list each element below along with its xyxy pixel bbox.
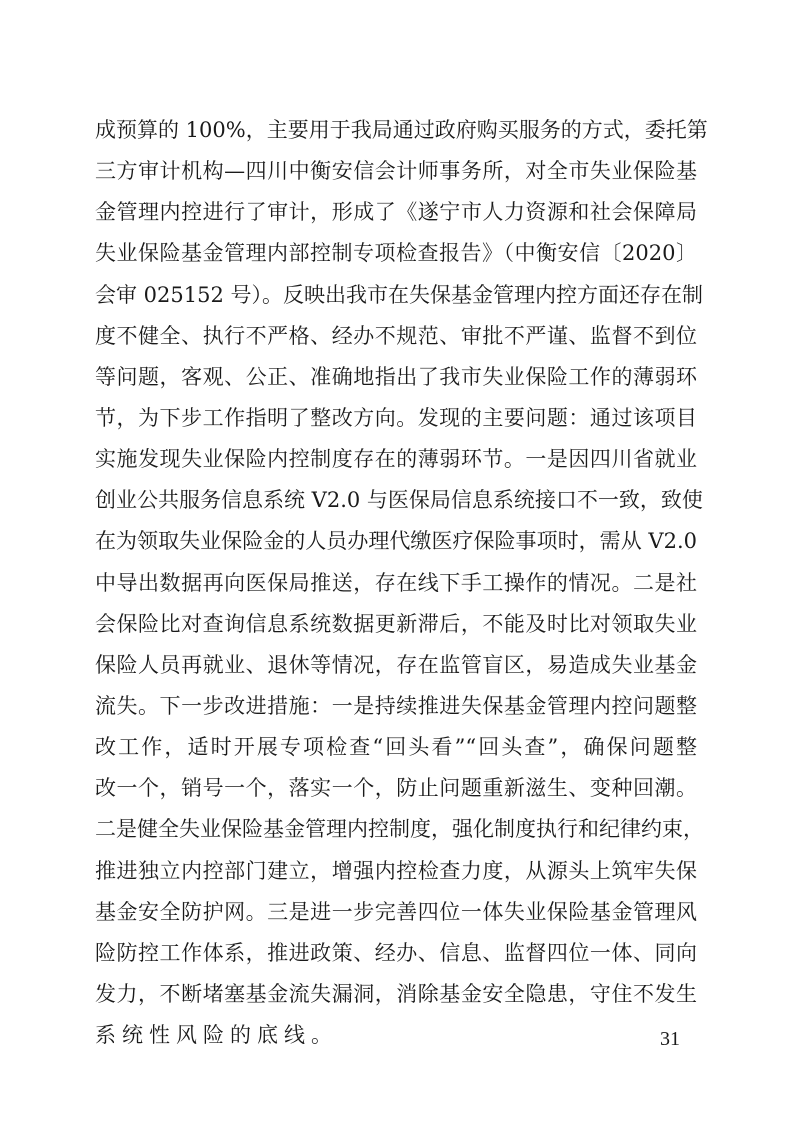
text-line: 基金安全防护网。三是进一步完善四位一体失业保险基金管理风 xyxy=(95,892,697,933)
text-line: 改工作，适时开展专项检查“回头看”“回头查”，确保问题整 xyxy=(95,727,697,768)
text-line: 等问题，客观、公正、准确地指出了我市失业保险工作的薄弱环 xyxy=(95,357,697,398)
text-line: 系统性风险的底线。 xyxy=(95,1015,697,1056)
text-line: 中导出数据再向医保局推送，存在线下手工操作的情况。二是社 xyxy=(95,563,697,604)
text-line: 成预算的 100%，主要用于我局通过政府购买服务的方式，委托第 xyxy=(95,110,697,151)
text-line: 创业公共服务信息系统 V2.0 与医保局信息系统接口不一致，致使 xyxy=(95,480,697,521)
text-line: 会保险比对查询信息系统数据更新滞后，不能及时比对领取失业 xyxy=(95,604,697,645)
text-line: 会审 025152 号）。反映出我市在失保基金管理内控方面还存在制 xyxy=(95,275,697,316)
text-line: 三方审计机构—四川中衡安信会计师事务所，对全市失业保险基 xyxy=(95,151,697,192)
text-line: 流失。下一步改进措施：一是持续推进失保基金管理内控问题整 xyxy=(95,686,697,727)
text-line: 度不健全、执行不严格、经办不规范、审批不严谨、监督不到位 xyxy=(95,316,697,357)
text-line: 实施发现失业保险内控制度存在的薄弱环节。一是因四川省就业 xyxy=(95,439,697,480)
text-line: 二是健全失业保险基金管理内控制度，强化制度执行和纪律约束， xyxy=(95,809,697,850)
text-line: 在为领取失业保险金的人员办理代缴医疗保险事项时，需从 V2.0 xyxy=(95,521,697,562)
text-line: 推进独立内控部门建立，增强内控检查力度，从源头上筑牢失保 xyxy=(95,851,697,892)
body-paragraph: 成预算的 100%，主要用于我局通过政府购买服务的方式，委托第三方审计机构—四川… xyxy=(95,110,697,1056)
text-line: 节，为下步工作指明了整改方向。发现的主要问题：通过该项目 xyxy=(95,398,697,439)
text-line: 发力，不断堵塞基金流失漏洞，消除基金安全隐患，守住不发生 xyxy=(95,974,697,1015)
text-line: 保险人员再就业、退休等情况，存在监管盲区，易造成失业基金 xyxy=(95,645,697,686)
text-line: 险防控工作体系，推进政策、经办、信息、监督四位一体、同向 xyxy=(95,933,697,974)
text-line: 失业保险基金管理内部控制专项检查报告》（中衡安信〔2020〕 xyxy=(95,233,697,274)
text-line: 金管理内控进行了审计，形成了《遂宁市人力资源和社会保障局 xyxy=(95,192,697,233)
text-line: 改一个，销号一个，落实一个，防止问题重新滋生、变种回潮。 xyxy=(95,768,697,809)
document-page: 成预算的 100%，主要用于我局通过政府购买服务的方式，委托第三方审计机构—四川… xyxy=(0,0,793,1122)
page-number: 31 xyxy=(660,1028,680,1051)
